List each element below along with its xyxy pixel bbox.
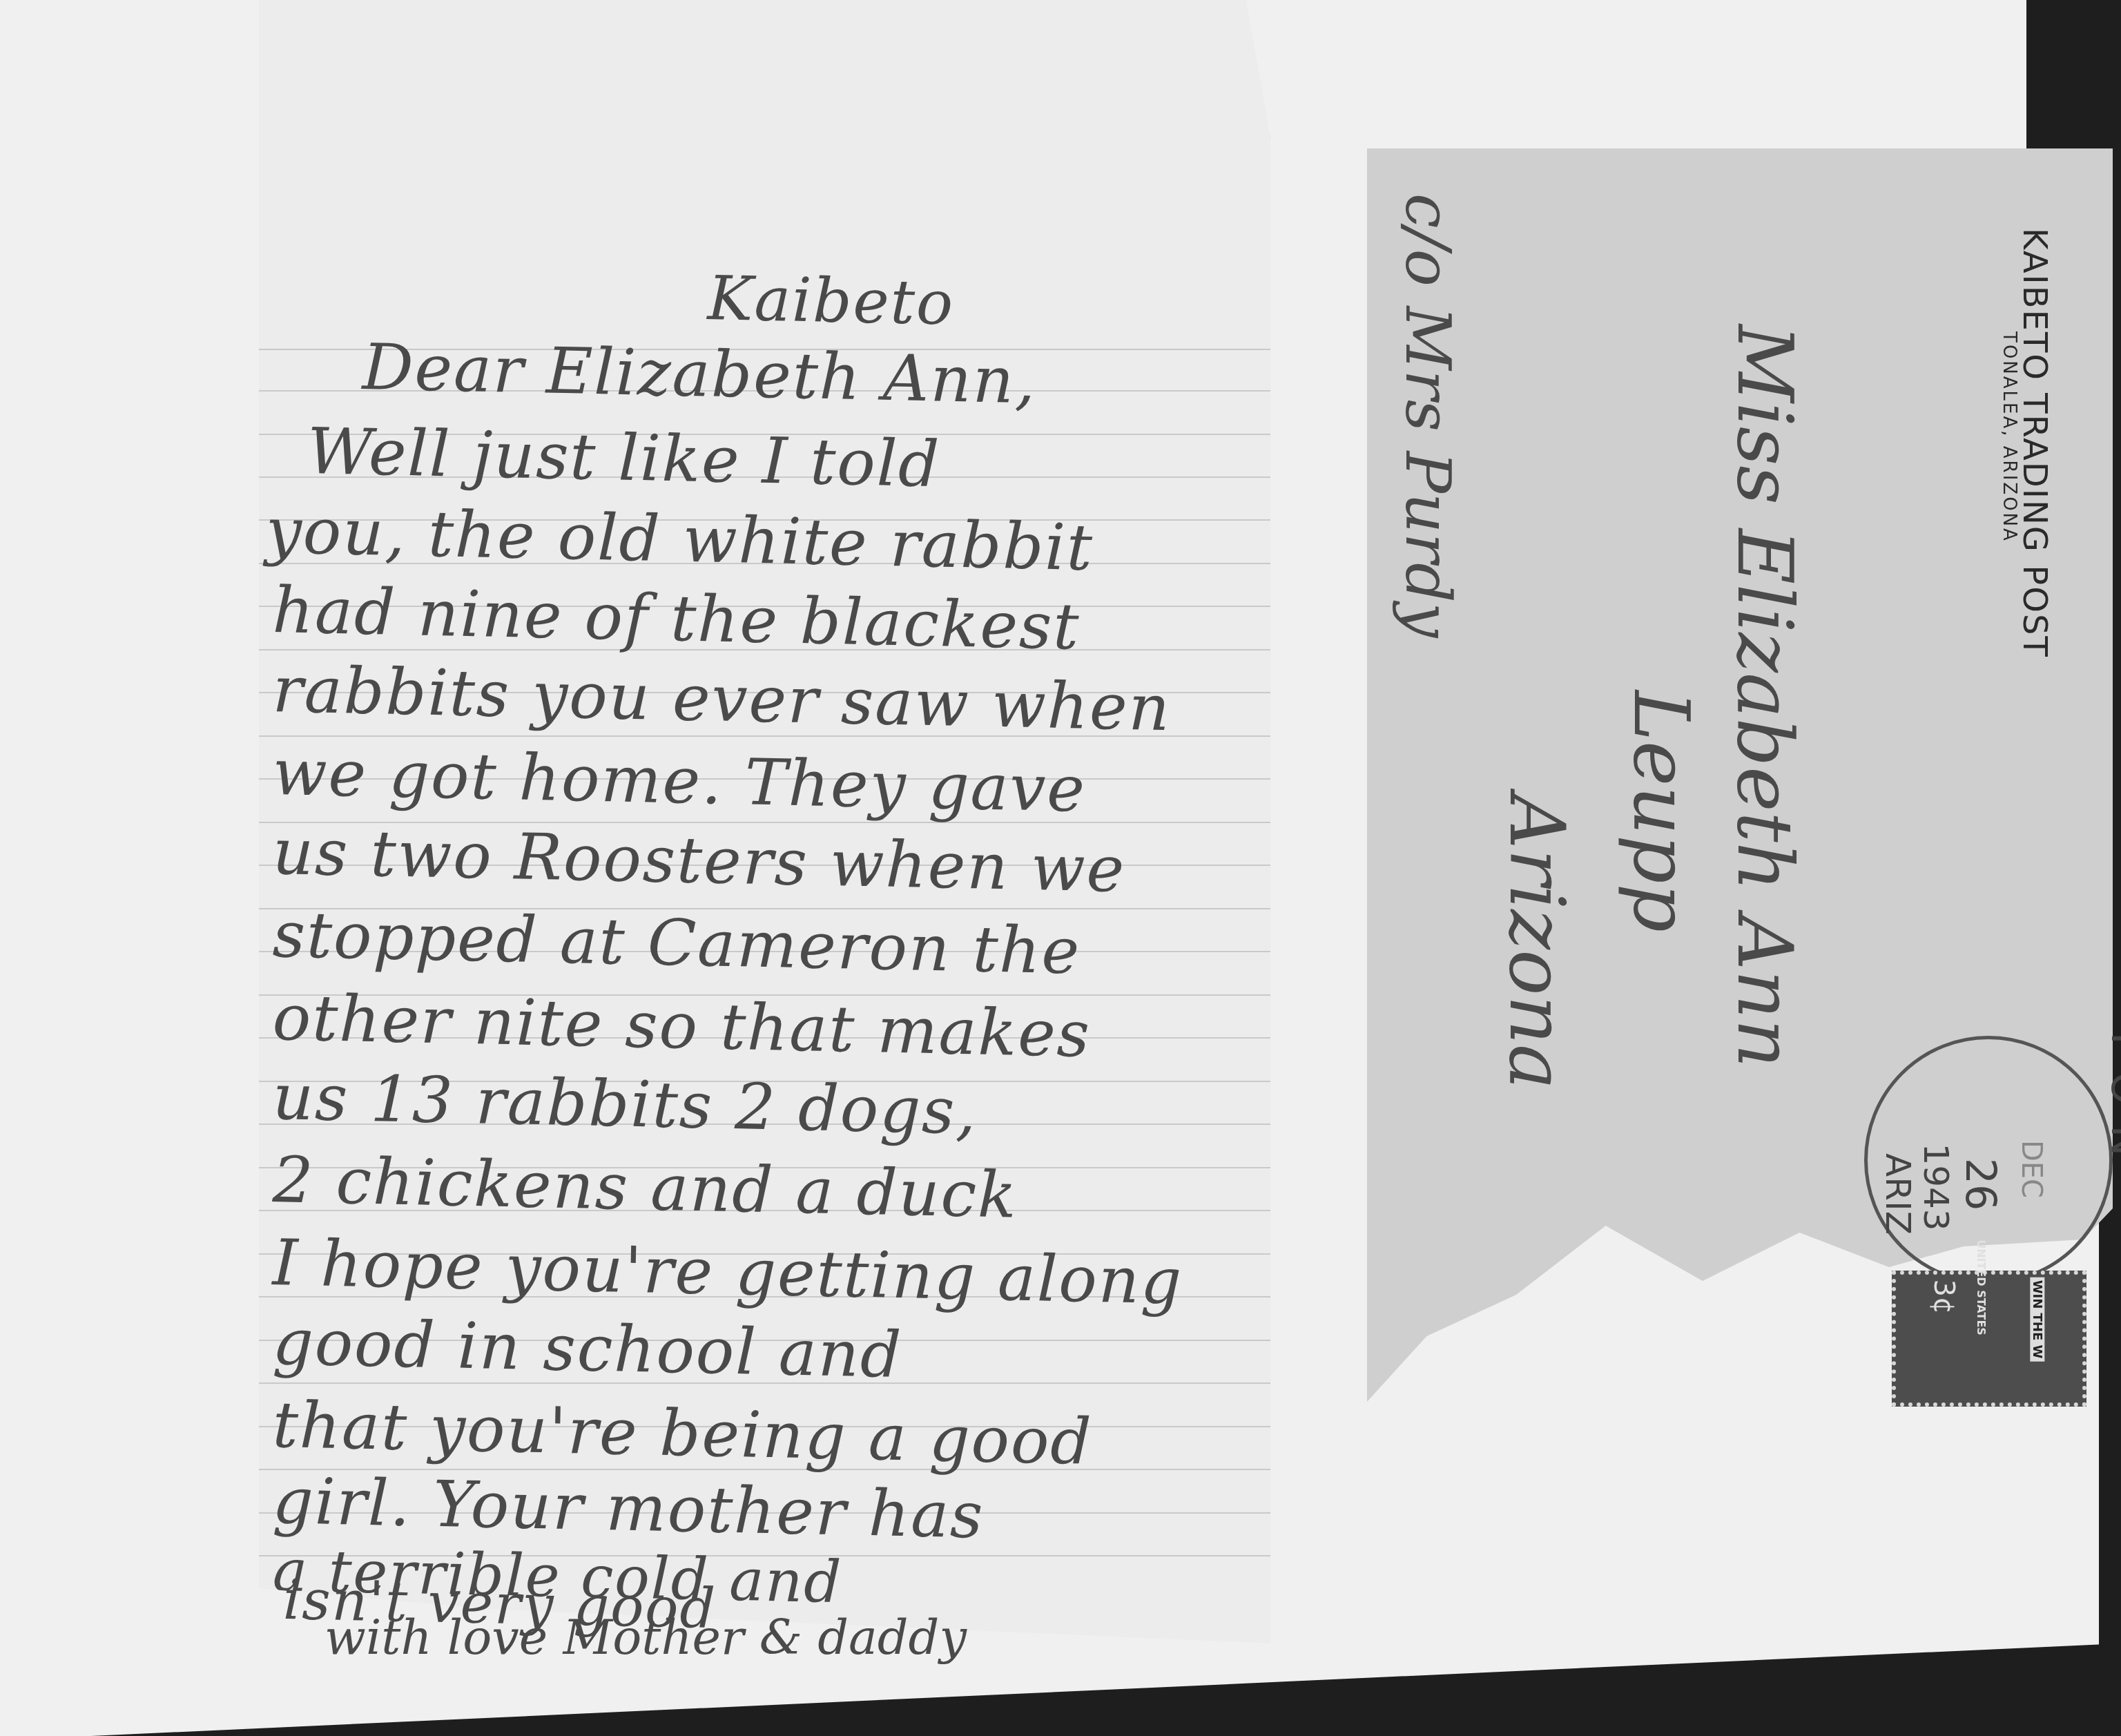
letter-closing: with love Mother & daddy — [325, 1609, 967, 1666]
letter-line: we got home. They gave — [272, 735, 1087, 827]
stamp-denomination: 3¢ — [1928, 1280, 1959, 1315]
postmark-state: ARIZ — [1878, 1153, 1918, 1235]
letter-line: I hope you're getting along — [272, 1226, 1183, 1319]
scanner-border-top-right — [2026, 0, 2121, 148]
letter-line: rabbits you ever saw when — [272, 653, 1172, 745]
letter-salutation: Dear Elizabeth Ann, — [362, 330, 1038, 418]
recipient-line-3: Arizona — [1493, 794, 1581, 1090]
postmark-day: 26 — [1956, 1158, 2004, 1211]
letter-line: 2 chickens and a duck — [272, 1143, 1018, 1233]
postmark-month: DEC — [2015, 1140, 2047, 1198]
recipient-care-of: c/o Mrs Purdy — [1391, 193, 1464, 638]
letter-line: you, the old white rabbit — [265, 494, 1094, 585]
handwritten-letter: Kaibeto Dear Elizabeth Ann, Well just li… — [259, 0, 1270, 1650]
letter-line: good in school and — [272, 1305, 903, 1392]
letter-line: that you're being a good — [272, 1388, 1094, 1479]
return-address-location: TONALEA, ARIZONA — [1999, 331, 2020, 543]
stamp-country: UNITED STATES — [1975, 1240, 1988, 1335]
letter-heading: Kaibeto — [707, 262, 955, 338]
return-address-name: KAIBETO TRADING POST — [2015, 228, 2054, 658]
postmark-year: 1943 — [1916, 1143, 1956, 1231]
return-address-location-wrap: TONALEA, ARIZONA — [1999, 331, 2020, 543]
return-address: KAIBETO TRADING POST — [2015, 228, 2054, 658]
recipient-line-2: Leupp — [1617, 691, 1705, 932]
letter-line: stopped at Cameron the — [272, 898, 1081, 988]
letter-line: Well just like I told — [307, 414, 941, 501]
recipient-line-1: Miss Elizabeth Ann — [1721, 325, 1809, 1068]
letter-line: us 13 rabbits 2 dogs, — [272, 1060, 978, 1148]
letter-line: us two Roosters when we — [272, 815, 1126, 907]
postage-stamp — [1892, 1271, 2086, 1407]
postmark-town: TON — [2102, 1026, 2121, 1177]
stamp-slogan: WIN THE W — [2030, 1277, 2044, 1362]
